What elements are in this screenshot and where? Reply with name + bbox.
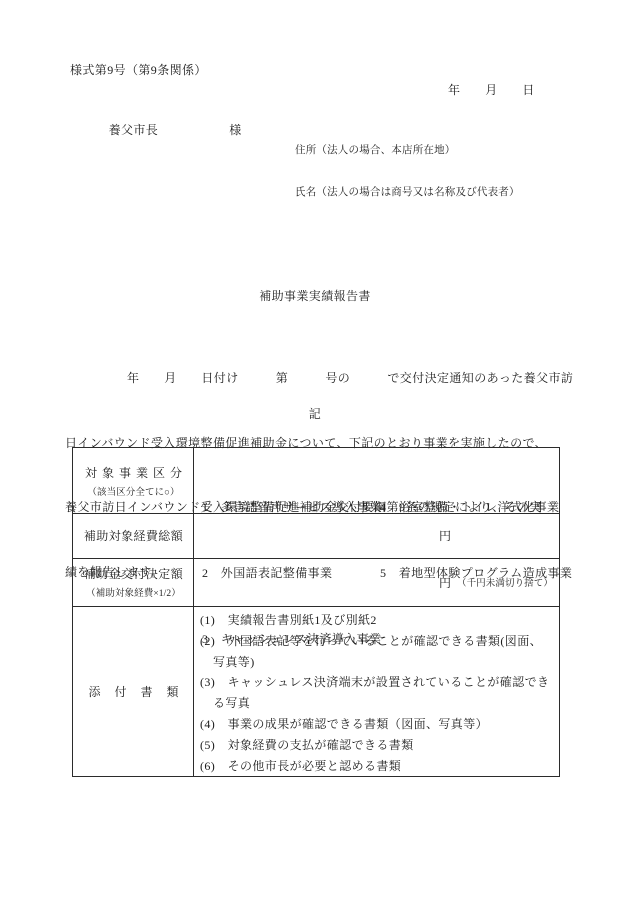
- attachment-item: (4) 事業の成果が確認できる書類（図面、写真等）: [200, 714, 551, 735]
- total-expense-unit: 円: [439, 513, 451, 558]
- cell-grant-amount-header: 補助金交付決定額 （補助対象経費×1/2）: [73, 558, 194, 606]
- category-header-note: （該当区分全てに○）: [87, 484, 179, 498]
- record-mark: 記: [0, 406, 630, 422]
- grant-amount-note: （補助対象経費×1/2）: [86, 585, 181, 599]
- attachment-item: (1) 実績報告書別紙1及び別紙2: [200, 610, 551, 631]
- category-item: 1 多言語音声サービス導入事業: [202, 496, 382, 518]
- attachment-item: (2) 外国語表記等を行っていることが確認できる書類(図面、写真等): [200, 631, 551, 673]
- attachment-item: (6) その他市長が必要と認める書類: [200, 756, 551, 777]
- addressee-line: 養父市長様: [95, 106, 242, 154]
- form-table: 対象事業区分 （該当区分全てに○） 1 多言語音声サービス導入事業 2 外国語表…: [72, 447, 560, 777]
- attachment-item: (5) 対象経費の支払が確認できる書類: [200, 735, 551, 756]
- yen-unit: 円: [439, 527, 451, 544]
- category-item: 2 外国語表記整備事業: [202, 562, 382, 584]
- attachments-label: 添付書類: [88, 683, 192, 700]
- cell-total-expense-header: 補助対象経費総額: [73, 513, 194, 558]
- yen-unit: 円: [439, 574, 451, 591]
- document-title: 補助事業実績報告書: [0, 288, 630, 304]
- attachment-item: (3) キャッシュレス決済端末が設置されていることが確認できる写真: [200, 672, 551, 714]
- category-header-label: 対象事業区分: [85, 464, 187, 481]
- cell-attachments-header: 添付書類: [73, 606, 194, 777]
- document-page: 様式第9号（第9条関係） 年 月 日 養父市長様 住所（法人の場合、本店所在地）…: [0, 0, 630, 903]
- addressee: 養父市長: [109, 123, 159, 137]
- attachments-list: (1) 実績報告書別紙1及び別紙2 (2) 外国語表記等を行っていることが確認で…: [193, 606, 560, 777]
- cell-category-header: 対象事業区分 （該当区分全てに○）: [73, 448, 194, 513]
- category-item: 4 浴室整備・トイレ洋式化事業: [380, 496, 572, 518]
- grant-amount-label: 補助金交付決定額: [84, 565, 183, 582]
- total-expense-label: 補助対象経費総額: [84, 527, 183, 544]
- grant-amount-unit: 円: [439, 558, 451, 606]
- form-number: 様式第9号（第9条関係）: [70, 62, 207, 78]
- rounding-note: （千円未満切り捨て）: [457, 558, 553, 606]
- date-line: 年 月 日: [448, 82, 535, 98]
- name-label: 氏名（法人の場合は商号又は名称及び代表者）: [295, 186, 520, 200]
- body-line: 年 月 日付け 第 号の で交付決定通知のあった養父市訪: [65, 368, 573, 390]
- addressee-honorific: 様: [229, 123, 241, 137]
- address-label: 住所（法人の場合、本店所在地）: [295, 144, 456, 158]
